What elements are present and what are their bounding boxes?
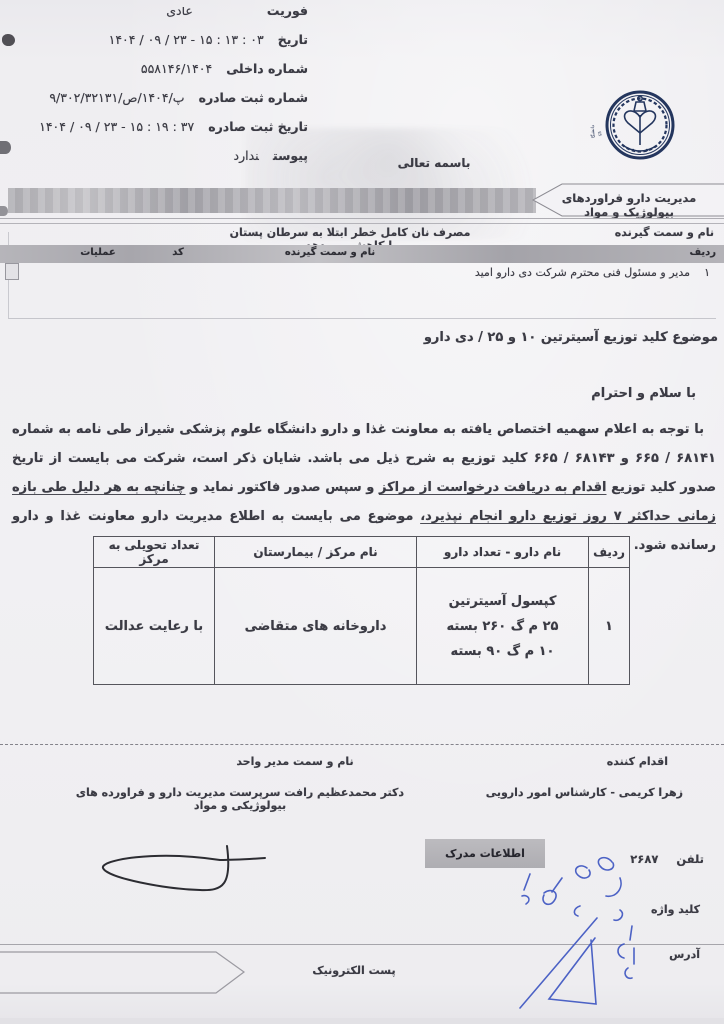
address-label: آدرس (669, 948, 700, 961)
banner-gray-bar (8, 188, 536, 213)
attachment-row: پیوستندارد (12, 147, 308, 164)
attachment-label: پیوست (273, 148, 308, 163)
letter-metadata: فوریتعادی تاریخ۱۴۰۴ / ۰۹ / ۲۳ - ۱۵ : ۱۳ … (12, 2, 308, 164)
recipients-table-header: ردیف نام و سمت گیرنده کد عملیات (0, 245, 724, 263)
drug-qty-10mg: ۱۰ م گ ۹۰ بسته (451, 639, 555, 664)
urgency-row: فوریتعادی (12, 2, 308, 19)
bottom-chevron-outline (0, 950, 250, 996)
department-name: مدیریت دارو فراوردهای بیولوژیک و مواد (544, 191, 714, 219)
svg-text:دانشگاه علوم پزشکی و خدمات بهد: دانشگاه علوم پزشکی و خدمات بهداشتی درمان… (586, 66, 597, 138)
department-banner: مدیریت دارو فراوردهای بیولوژیک و مواد (0, 183, 724, 217)
issue-number-label: شماره ثبت صادره (199, 90, 308, 105)
dashed-separator (0, 744, 724, 745)
cell-center: داروخانه های متقاضی (214, 568, 416, 684)
basmala: باسمه تعالی (378, 156, 490, 170)
seal-emblem (624, 96, 656, 151)
actor-label: اقدام کننده (607, 755, 668, 768)
manager-name: دکتر محمدعظیم رافت سرپرست مدیریت دارو و … (50, 786, 430, 812)
recipient-row-name: مدیر و مسئول فنی محترم شرکت دی دارو امید (475, 266, 690, 279)
col-actions: عملیات (66, 247, 130, 258)
seal-arc-top-text: دانشگاه علوم پزشکی و خدمات بهداشتی درمان… (586, 66, 597, 138)
issue-number-value: ۹/۳۰۲/۳۲۱۳۱/پ/۱۴۰۴/ص (49, 90, 184, 105)
subject-line: موضوع کلید توزیع آسیترتین ۱۰ و ۲۵ / دی د… (424, 330, 718, 345)
cell-delivery: با رعایت عدالت (94, 568, 214, 684)
internal-number-label: شماره داخلی (226, 61, 308, 76)
date-label: تاریخ (278, 32, 308, 47)
internal-number-value: ۵۵۸۱۴۶/۱۴۰۴ (141, 61, 212, 76)
body-seg3: و سپس صدور فاکتور نماید و (186, 480, 380, 495)
header-drug: نام دارو - تعداد دارو (416, 537, 588, 567)
col-index: ردیف (689, 247, 716, 258)
double-rule (0, 218, 724, 224)
university-seal-logo: دانشگاه علوم پزشکی و خدمات بهداشتی درمان… (586, 66, 694, 180)
email-label: پست الکترونیک (298, 964, 410, 977)
col-recipient-name: نام و سمت گیرنده (270, 247, 390, 258)
issue-date-value: ۱۴۰۴ / ۰۹ / ۲۳ - ۱۵ : ۱۹ : ۳۷ (39, 119, 194, 134)
date-row: تاریخ۱۴۰۴ / ۰۹ / ۲۳ - ۱۵ : ۱۳ : ۰۳ (12, 31, 308, 48)
attachment-value: ندارد (234, 148, 259, 163)
recipient-row-index: ۱ (704, 266, 710, 279)
drug-distribution-table: ردیف نام دارو - تعداد دارو نام مرکز / بی… (93, 536, 630, 685)
cell-drug: کپسول آسیترتین ۲۵ م گ ۲۶۰ بسته ۱۰ م گ ۹۰… (416, 568, 588, 684)
seal-icon: دانشگاه علوم پزشکی و خدمات بهداشتی درمان… (586, 66, 694, 180)
table-row: ۱ کپسول آسیترتین ۲۵ م گ ۲۶۰ بسته ۱۰ م گ … (94, 568, 629, 684)
salutation: با سلام و احترام (591, 386, 696, 401)
keyword-label: کلید واژه (651, 903, 700, 916)
department-banner-label: مدیریت دارو فراوردهای بیولوژیک و مواد (528, 183, 724, 217)
internal-number-row: شماره داخلی۵۵۸۱۴۶/۱۴۰۴ (12, 60, 308, 77)
scan-mark (0, 141, 11, 154)
header-delivery: تعداد تحویلی به مرکز (94, 537, 214, 567)
issue-date-row: تاریخ ثبت صادره۱۴۰۴ / ۰۹ / ۲۳ - ۱۵ : ۱۹ … (12, 118, 308, 135)
manager-title-label: نام و سمت مدیر واحد (230, 755, 360, 768)
drug-name: کپسول آسیترتین (449, 589, 557, 614)
col-code: کد (158, 247, 198, 258)
phone-label: تلفن (676, 852, 704, 866)
urgency-value: عادی (166, 2, 193, 19)
date-value: ۱۴۰۴ / ۰۹ / ۲۳ - ۱۵ : ۱۳ : ۰۳ (109, 32, 264, 47)
table-header-row: ردیف نام دارو - تعداد دارو نام مرکز / بی… (94, 537, 629, 568)
drug-qty-25mg: ۲۵ م گ ۲۶۰ بسته (447, 614, 559, 639)
header-index: ردیف (588, 537, 629, 567)
scanned-letter-page: فوریتعادی تاریخ۱۴۰۴ / ۰۹ / ۲۳ - ۱۵ : ۱۳ … (0, 0, 724, 1024)
handwritten-pen-annotation (492, 848, 642, 1020)
actor-name: زهرا کریمی - کارشناس امور دارویی (486, 786, 683, 799)
signature-ink (95, 840, 275, 910)
issue-date-label: تاریخ ثبت صادره (208, 119, 308, 134)
urgency-label: فوریت (267, 3, 308, 18)
header-center: نام مرکز / بیمارستان (214, 537, 416, 567)
issue-number-row: شماره ثبت صادره۹/۳۰۲/۳۲۱۳۱/پ/۱۴۰۴/ص (12, 89, 308, 106)
document-action-icon (5, 263, 19, 280)
cell-index: ۱ (588, 568, 629, 684)
body-seg2-underlined: اقدام به دریافت درخواست از مراکز (379, 480, 606, 495)
